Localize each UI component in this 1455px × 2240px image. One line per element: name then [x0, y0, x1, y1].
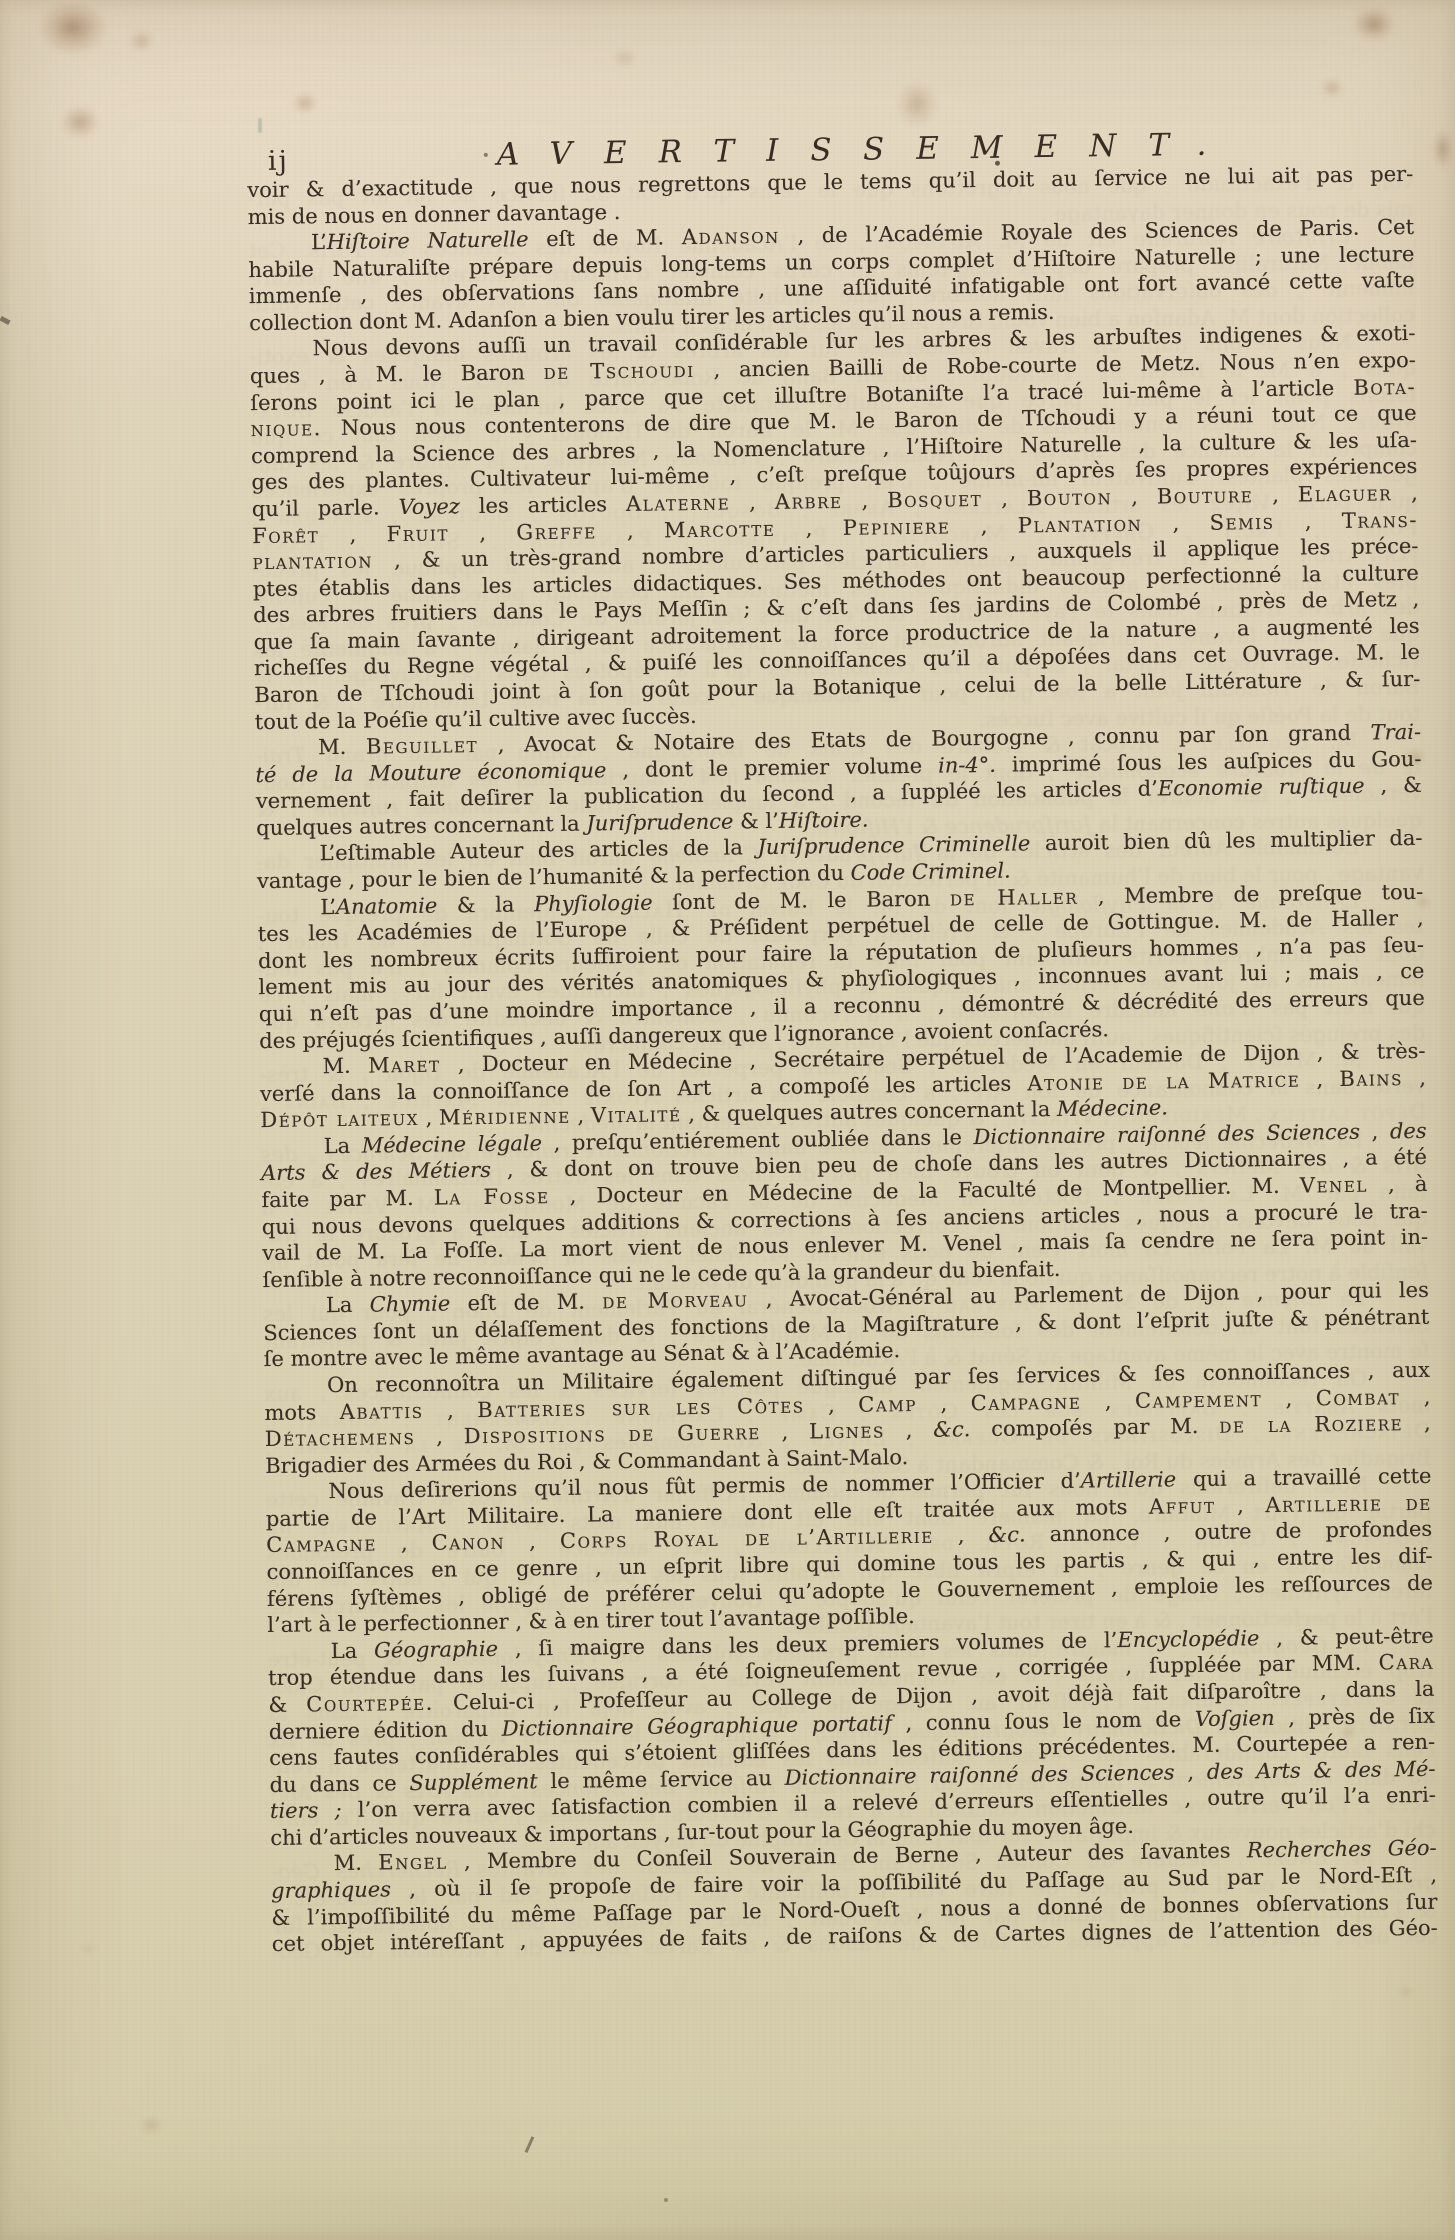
italic-run: Dictionnaire Géographique portatif: [502, 1711, 892, 1740]
italic-run: Médecine.: [1057, 1096, 1168, 1122]
smallcaps-run: Elaguer: [1298, 481, 1393, 506]
smallcaps-run: Plantation: [1018, 511, 1143, 537]
text-run: ,: [1081, 1388, 1135, 1413]
smallcaps-run: Adanson: [682, 224, 780, 249]
text-run: ,: [1300, 1067, 1339, 1092]
smallcaps-run: Campement: [1135, 1387, 1262, 1413]
italic-run: tiers ;: [270, 1798, 342, 1823]
italic-run: in-4°.: [938, 753, 996, 778]
text-run: ſont de M. le Baron: [652, 886, 950, 914]
smallcaps-run: Bota-: [1353, 375, 1416, 400]
page-content: ij AVERTISSEMENT. voir & d’exactitude , …: [0, 0, 1455, 2240]
text-run: eſt de M.: [528, 225, 682, 251]
italic-run: des: [1390, 1119, 1427, 1144]
text-run: ,: [449, 520, 517, 545]
text-run: L’: [311, 230, 327, 254]
smallcaps-run: Combat: [1316, 1385, 1401, 1410]
text-run: , & peut-être: [1259, 1624, 1434, 1650]
text-run: ,: [1253, 482, 1298, 507]
smallcaps-run: Bosquet: [887, 487, 982, 512]
ink-speck: [484, 153, 488, 157]
text-run: ,: [1142, 510, 1210, 535]
italic-run: Economie ruſtique: [1158, 774, 1365, 801]
italic-run: Code Criminel.: [850, 859, 1010, 885]
text-run: ,: [775, 515, 843, 540]
italic-run: &c.: [988, 1523, 1025, 1548]
italic-run: Géographie: [374, 1637, 498, 1663]
text-run: ques , à M. le Baron: [250, 360, 544, 388]
text-run: ,: [319, 522, 387, 547]
text-run: ,: [1215, 1493, 1265, 1518]
smallcaps-run: Campagne: [266, 1532, 377, 1558]
text-run: &: [268, 1692, 306, 1717]
text-run: , près de ſix: [1274, 1703, 1435, 1729]
page-number: ij: [268, 146, 289, 177]
text-run: ,: [804, 1392, 858, 1417]
text-run: qui a travaillé cette: [1176, 1464, 1432, 1492]
smallcaps-run: Greffe: [516, 519, 597, 544]
italic-run: Artillerie: [1080, 1468, 1176, 1493]
smallcaps-run: Vitalité: [591, 1102, 682, 1127]
smallcaps-run: Abattis: [339, 1398, 423, 1423]
italic-run: Supplément: [409, 1769, 538, 1795]
smallcaps-run: Lignes: [809, 1419, 885, 1444]
text-run: eſt de M.: [450, 1290, 602, 1316]
smallcaps-run: Fruit: [386, 521, 449, 546]
text-run: ,: [842, 488, 887, 513]
smallcaps-run: nique.: [250, 416, 322, 441]
text-run: & la: [437, 892, 534, 917]
text-run: du dans ce: [269, 1771, 409, 1797]
smallcaps-run: Bouture: [1157, 483, 1254, 508]
text-run: mis de nous en donner davantage .: [247, 200, 620, 229]
smallcaps-run: Marcotte: [664, 516, 776, 542]
text-run: M.: [333, 1851, 378, 1876]
italic-run: Hiſtoire Naturelle: [326, 227, 528, 254]
text-run: ,: [730, 490, 775, 515]
italic-run: graphiques: [271, 1877, 391, 1903]
smallcaps-run: Alaterne: [626, 490, 731, 515]
text-run: ,: [1174, 1760, 1207, 1784]
text-run: mots: [264, 1400, 340, 1425]
smallcaps-run: Maret: [368, 1053, 441, 1078]
smallcaps-run: Dispositions de Guerre: [464, 1420, 761, 1448]
italic-run: té de la Mouture économique: [255, 758, 606, 787]
text-run: , Membre de preſque tou-: [1078, 879, 1423, 908]
smallcaps-run: Semis: [1209, 509, 1274, 534]
italic-run: Anatomie: [336, 893, 438, 918]
text-run: ,: [419, 1106, 439, 1130]
text-run: ,: [505, 1529, 560, 1554]
italic-run: des Arts & des Mé-: [1207, 1756, 1436, 1783]
smallcaps-run: Beguillet: [366, 733, 479, 759]
italic-run: Dictionnaire raiſonné des Sciences: [973, 1120, 1360, 1149]
text-run: ,: [761, 1420, 810, 1445]
smallcaps-run: Campagne: [970, 1389, 1081, 1415]
text-run: ,: [1400, 1384, 1431, 1408]
text-run: ,: [1112, 484, 1157, 509]
smallcaps-run: Trans-: [1342, 507, 1419, 532]
smallcaps-run: Batteries sur les Côtes: [477, 1393, 805, 1422]
smallcaps-run: Atonie de la Matrice: [1027, 1067, 1300, 1095]
italic-run: Trai-: [1370, 720, 1421, 745]
text-run: M.: [318, 735, 366, 760]
text-run: ,: [1403, 1065, 1426, 1089]
text-run: La: [331, 1638, 375, 1663]
italic-run: Voſgien: [1195, 1706, 1275, 1731]
text-run: M.: [322, 1054, 368, 1079]
text-run: ,: [917, 1391, 971, 1416]
italic-run: &c.: [933, 1417, 970, 1442]
smallcaps-run: Bouton: [1027, 485, 1113, 510]
italic-run: Dictionnaire raiſonné des Sciences: [784, 1760, 1174, 1789]
italic-run: Médecine légale: [362, 1131, 542, 1158]
text-run: le même ſervice au: [537, 1766, 784, 1793]
text-run: La: [326, 1293, 370, 1318]
italic-run: Juriſprudence: [586, 809, 733, 835]
smallcaps-run: Artillerie de: [1265, 1491, 1432, 1517]
text-run: auroit bien dû les multiplier da-: [1030, 826, 1423, 855]
text-run: ,: [415, 1424, 464, 1449]
text-run: ,: [596, 518, 664, 543]
text-run: ,: [885, 1418, 934, 1443]
italic-run: Voyez: [398, 494, 460, 519]
book-page: ij AVERTISSEMENT. voir & d’exactitude , …: [0, 0, 1455, 2240]
text-run: derniere édition du: [269, 1716, 502, 1743]
smallcaps-run: de Haller: [950, 884, 1079, 910]
smallcaps-run: de Morveau: [602, 1288, 748, 1314]
text-run: ,: [1403, 1411, 1431, 1435]
smallcaps-run: Engel: [378, 1850, 448, 1875]
text-run: ,: [950, 513, 1018, 538]
body-text: voir & d’exactitude , que nous regretton…: [247, 161, 1438, 1958]
smallcaps-run: de Tschoudi: [543, 358, 694, 384]
text-run: qu’il parle.: [252, 495, 399, 521]
text-run: & l’: [733, 809, 779, 834]
text-run: ,: [423, 1398, 477, 1423]
smallcaps-run: Cara: [1378, 1650, 1434, 1675]
text-run: compoſés par M.: [970, 1414, 1219, 1441]
text-run: ,: [1392, 481, 1418, 505]
smallcaps-run: Venel: [1300, 1173, 1368, 1198]
italic-run: Encyclopédie: [1117, 1626, 1259, 1652]
text-run: , dont le premier volume: [606, 753, 938, 782]
smallcaps-run: Arbre: [775, 489, 843, 514]
text-run: faite par M.: [261, 1186, 434, 1212]
text-run: ,: [934, 1523, 989, 1548]
text-run: imprimé ſous les auſpices du Gou-: [996, 747, 1422, 777]
text-run: ,: [1274, 508, 1342, 533]
text-run: ,: [1262, 1386, 1316, 1411]
smallcaps-run: Forêt: [252, 523, 319, 548]
text-run: L’: [320, 895, 336, 919]
italic-run: Arts & des Métiers: [261, 1158, 491, 1185]
italic-run: Phyſiologie: [534, 890, 653, 916]
smallcaps-run: Courtepée.: [306, 1691, 434, 1717]
text-run: , connu ſous le nom de: [892, 1707, 1195, 1735]
smallcaps-run: Corps Royal de l’Artillerie: [560, 1524, 934, 1553]
smallcaps-run: La Fosse: [434, 1184, 550, 1210]
smallcaps-run: Pepiniere: [842, 514, 950, 540]
text-run: quelques autres concernant la: [256, 811, 586, 840]
italic-run: Chymie: [370, 1292, 451, 1317]
smallcaps-run: plantation: [252, 549, 373, 575]
text-run: ,: [571, 1104, 591, 1128]
italic-run: Juriſprudence Criminelle: [757, 832, 1030, 860]
smallcaps-run: Canon: [431, 1530, 505, 1555]
text-run: , & quelques autres concernant la: [681, 1097, 1057, 1126]
text-run: ,: [1360, 1119, 1390, 1143]
italic-run: Recherches Géo-: [1247, 1836, 1437, 1863]
smallcaps-run: Camp: [858, 1392, 917, 1417]
smallcaps-run: de la Roziere: [1219, 1411, 1403, 1438]
smallcaps-run: Dépôt laiteux: [260, 1106, 419, 1132]
text-run: La: [323, 1133, 361, 1158]
text-run: , à: [1368, 1172, 1428, 1197]
text-run: les articles: [460, 492, 627, 518]
smallcaps-run: Méridienne: [439, 1104, 571, 1130]
text-run: , &: [1364, 773, 1422, 798]
smallcaps-run: Détachemens: [265, 1425, 416, 1451]
text-run: annonce , outre de profondes: [1025, 1517, 1432, 1547]
smallcaps-run: Affut: [1149, 1494, 1216, 1519]
text-run: ,: [982, 486, 1027, 511]
smallcaps-run: Bains: [1339, 1066, 1403, 1091]
italic-run: Hiſtoire.: [779, 807, 869, 832]
text-run: ,: [377, 1531, 432, 1556]
